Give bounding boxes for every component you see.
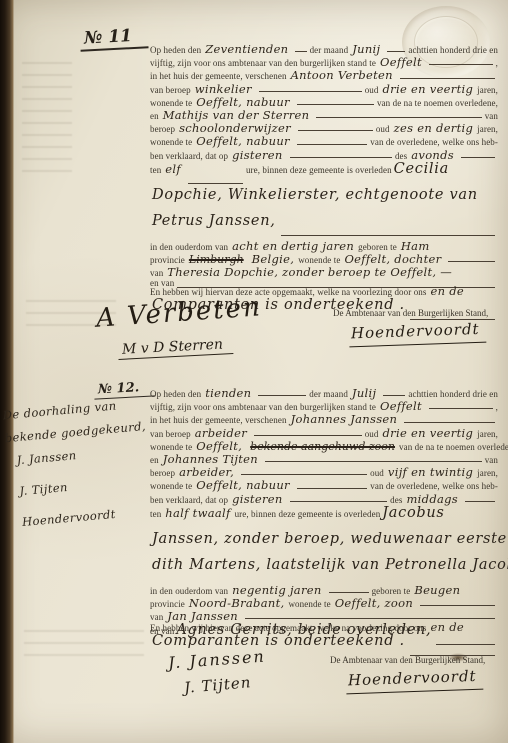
printed-text: jaren,	[477, 85, 498, 95]
printed-text: ure, binnen deze gemeente is overleden	[246, 165, 392, 175]
act1-body: Op heden denZeventiendender maandJunijac…	[150, 42, 498, 291]
form-line: Op heden denZeventiendender maandJunijac…	[150, 42, 498, 55]
handwritten-text: arbeider	[195, 426, 247, 440]
handwritten-text: Ham	[401, 239, 430, 253]
printed-text: geboren te	[358, 242, 397, 252]
printed-text: Op heden den	[150, 389, 201, 399]
printed-text: ben verklaard, dat op	[150, 495, 228, 505]
printed-text: van de overledene, welke ons heb-	[370, 481, 498, 491]
printed-text: ure, binnen deze gemeente is overleden	[235, 509, 381, 519]
fill-rule	[259, 91, 362, 92]
handwritten-text: Belgie,	[252, 252, 295, 266]
printed-text: in het huis der gemeente, verschenen	[150, 415, 287, 425]
printed-text: ten	[150, 509, 161, 519]
margin-note: J. Tijten	[19, 473, 150, 498]
printed-text: der maand	[309, 389, 348, 399]
handwritten-text: Petrus Janssen,	[152, 213, 276, 229]
form-line: enMathijs van der Sterrenvan	[150, 108, 498, 121]
handwritten-text: drie en veertig	[383, 426, 474, 440]
fill-rule	[265, 461, 482, 462]
handwritten-text: Jacobus	[382, 505, 444, 521]
printed-text: wonende te	[150, 481, 192, 491]
act2-signature-tijten: J. Tijten	[183, 673, 252, 697]
form-line: in den ouderdom vannegentig jarengeboren…	[150, 583, 498, 596]
handwritten-text: en de	[431, 284, 465, 298]
act1-signature-verbeten: A Verbeten	[95, 292, 263, 333]
fill-rule	[404, 422, 495, 423]
printed-text: provincie	[150, 599, 185, 609]
handwritten-text: acht en dertig jaren	[232, 239, 354, 253]
handwritten-text: half twaalf	[165, 506, 230, 520]
form-line: van beroeparbeiderouddrie en veertigjare…	[150, 426, 498, 439]
printed-text: vijftig, zijn voor ons ambtenaar van den…	[150, 58, 376, 68]
form-line: Dopchie, Winkelierster, echtgenoote van	[150, 187, 498, 213]
form-line: enJohannes Tijtenvan	[150, 452, 498, 465]
fill-rule	[254, 435, 362, 436]
printed-text: jaren,	[477, 124, 498, 134]
form-line: in het huis der gemeente, verschenenJoha…	[150, 412, 498, 425]
printed-text: oud	[365, 85, 379, 95]
handwritten-text: schoolonderwijzer	[179, 121, 291, 135]
printed-text: van beroep	[150, 85, 191, 95]
form-line: vanTheresia Dopchie, zonder beroep te Oe…	[150, 265, 498, 278]
handwritten-text: elf	[165, 162, 181, 176]
printed-text: ,	[496, 58, 498, 68]
form-line: in het huis der gemeente, verschenenAnto…	[150, 68, 498, 81]
printed-text: en	[150, 455, 159, 465]
handwritten-text: Julij	[352, 386, 376, 400]
form-line: En hebben wij hiervan deze acte opgemaak…	[150, 284, 498, 297]
form-line: beroepschoolonderwijzeroudzes en dertigj…	[150, 121, 498, 134]
fill-rule	[290, 501, 388, 502]
margin-note: bekende goedgekeurd,	[4, 419, 145, 445]
printed-text: wonende te	[150, 442, 192, 452]
fill-rule	[329, 592, 369, 593]
margin-note: J. Janssen	[16, 442, 147, 467]
handwritten-text: zes en dertig	[394, 121, 474, 135]
act1-signature-sterren: M v D Sterren	[118, 336, 234, 360]
handwritten-text: Noord-Brabant,	[189, 596, 285, 610]
fill-rule	[316, 117, 481, 118]
printed-text: beroep	[150, 468, 175, 478]
fill-rule	[387, 51, 405, 52]
handwritten-text: Oeffelt, nabuur	[196, 134, 290, 148]
handwritten-text: Limburgh	[189, 253, 244, 266]
form-line: En hebben wij hiervan deze acte opgemaak…	[150, 620, 498, 633]
fill-rule	[429, 408, 493, 409]
handwritten-text: Oeffelt	[380, 399, 422, 413]
margin-note: Hoendervoordt	[22, 504, 153, 529]
printed-text: vijftig, zijn voor ons ambtenaar van den…	[150, 402, 376, 412]
printed-text: der maand	[310, 45, 349, 55]
form-line: provincieNoord-Brabant,wonende teOeffelt…	[150, 596, 498, 609]
printed-text: achttien honderd drie en	[408, 45, 498, 55]
act1-number: № 11	[79, 25, 148, 52]
fill-rule	[420, 605, 495, 606]
handwritten-text: middags	[406, 492, 458, 506]
fill-rule	[258, 395, 306, 396]
printed-text: jaren,	[477, 429, 498, 439]
official-title: De Ambtenaar van den Burgerlijken Stand,	[333, 308, 498, 318]
handwritten-text: avonds	[411, 148, 454, 162]
handwritten-text: tienden	[205, 386, 251, 400]
registry-document-page: № 11 Op heden denZeventiendender maandJu…	[0, 0, 508, 743]
printed-text: wonende te	[288, 599, 330, 609]
printed-text: in den ouderdom van	[150, 242, 228, 252]
printed-text: provincie	[150, 255, 185, 265]
handwritten-text: Dopchie, Winkelierster, echtgenoote van	[152, 187, 478, 203]
bleed-through-smudge	[24, 630, 144, 656]
printed-text: oud	[365, 429, 379, 439]
form-line: beroeparbeider,oudvijf en twintigjaren,	[150, 465, 498, 478]
form-line: provincieLimburghBelgie,wonende teOeffel…	[150, 252, 498, 265]
form-line: vijftig, zijn voor ons ambtenaar van den…	[150, 399, 498, 412]
handwritten-text: Zeventienden	[205, 42, 288, 56]
printed-text: ten	[150, 165, 161, 175]
handwritten-text: arbeider,	[179, 465, 234, 479]
handwritten-text: en de	[431, 620, 465, 634]
printed-text: van	[485, 111, 498, 121]
margin-note: De doorhaling van	[2, 396, 143, 422]
form-line: in den ouderdom vanacht en dertig jareng…	[150, 239, 498, 252]
printed-text: achttien honderd drie en	[408, 389, 498, 399]
printed-text: geboren te	[372, 586, 411, 596]
handwritten-text: bekende aangehuwd zoon	[250, 440, 395, 453]
handwritten-text: Beugen	[414, 583, 460, 597]
printed-text: van de overledene, welke ons heb-	[370, 137, 498, 147]
printed-text: van de na te noemen overledene,	[399, 442, 508, 452]
handwritten-text: Mathijs van der Sterren	[163, 108, 310, 122]
handwritten-text: dith Martens, laatstelijk van Petronella…	[152, 557, 508, 573]
form-line: ben verklaard, dat opgisterendesmiddags	[150, 492, 498, 505]
handwritten-text: Antoon Verbeten	[291, 68, 393, 82]
bleed-through-smudge	[22, 62, 72, 172]
printed-text: oud	[376, 124, 390, 134]
printed-text: van	[485, 455, 498, 465]
fill-rule	[465, 501, 495, 502]
fill-rule	[383, 395, 405, 396]
printed-text: des	[395, 151, 407, 161]
handwritten-text: Oeffelt, dochter	[344, 252, 441, 266]
act2-body: Op heden dentiendender maandJulijachttie…	[150, 386, 498, 648]
handwritten-text: winkelier	[195, 82, 252, 96]
handwritten-text: Oeffelt, zoon	[335, 596, 413, 610]
form-line: Op heden dentiendender maandJulijachttie…	[150, 386, 498, 399]
printed-text: en	[150, 111, 159, 121]
act1-official-block: De Ambtenaar van den Burgerlijken Stand,…	[333, 308, 498, 345]
printed-text: van beroep	[150, 429, 191, 439]
printed-text: des	[390, 495, 402, 505]
official-title: De Ambtenaar van den Burgerlijken Stand,	[330, 655, 495, 665]
handwritten-text: Cecilia	[394, 161, 449, 177]
handwritten-text: gisteren	[232, 492, 282, 506]
binding-edge	[0, 0, 14, 743]
printed-text: wonende te	[150, 98, 192, 108]
form-line: Janssen, zonder beroep, weduwenaar eerst…	[150, 531, 498, 557]
handwritten-text: Oeffelt, nabuur	[196, 95, 290, 109]
fill-rule	[281, 235, 495, 236]
form-line: vijftig, zijn voor ons ambtenaar van den…	[150, 55, 498, 68]
fill-rule	[297, 104, 374, 105]
official-signature: Hoendervoordt	[346, 667, 483, 695]
fill-rule	[448, 261, 495, 262]
form-line: Petrus Janssen,	[150, 213, 498, 239]
handwritten-text: Johannes Tijten	[163, 452, 258, 466]
act2-number: № 12.	[94, 379, 156, 399]
fill-rule	[400, 78, 495, 79]
fill-rule	[188, 183, 243, 184]
form-line: tenelfure, binnen deze gemeente is overl…	[150, 161, 498, 187]
printed-text: En hebben wij hiervan deze acte opgemaak…	[150, 623, 427, 633]
form-line: dith Martens, laatstelijk van Petronella…	[150, 557, 498, 583]
printed-text: beroep	[150, 124, 175, 134]
fill-rule	[297, 144, 367, 145]
printed-text: wonende te	[298, 255, 340, 265]
act2-official-block: De Ambtenaar van den Burgerlijken Stand,…	[330, 655, 495, 692]
fill-rule	[290, 157, 392, 158]
form-line: van beroepwinkelierouddrie en veertigjar…	[150, 82, 498, 95]
printed-text: En hebben wij hiervan deze acte opgemaak…	[150, 287, 427, 297]
act2-margin-notes: De doorhaling vanbekende goedgekeurd,J. …	[2, 396, 154, 547]
handwritten-text: Oeffelt	[380, 55, 422, 69]
handwritten-text: Comparanten is onderteekend .	[152, 633, 405, 649]
handwritten-text: drie en veertig	[383, 82, 474, 96]
printed-text: ,	[496, 402, 498, 412]
printed-text: Op heden den	[150, 45, 201, 55]
printed-text: ben verklaard, dat op	[150, 151, 228, 161]
fill-rule	[298, 130, 373, 131]
handwritten-text: Theresia Dopchie, zonder beroep te Oeffe…	[167, 265, 452, 279]
handwritten-text: negentig jaren	[232, 583, 321, 597]
printed-text: wonende te	[150, 137, 192, 147]
official-signature: Hoendervoordt	[349, 320, 486, 348]
fill-rule	[461, 157, 495, 158]
printed-text: van	[150, 268, 163, 278]
handwritten-text: Oeffelt, nabuur	[196, 478, 290, 492]
handwritten-text: vijf en twintig	[388, 465, 473, 479]
printed-text: oud	[370, 468, 384, 478]
printed-text: in het huis der gemeente, verschenen	[150, 71, 287, 81]
form-line: ben verklaard, dat opgisterendesavonds	[150, 148, 498, 161]
printed-text: van de na te noemen overledene,	[377, 98, 498, 108]
handwritten-text: Oeffelt,	[196, 439, 242, 453]
fill-rule	[429, 64, 493, 65]
fill-rule	[295, 51, 306, 52]
printed-text: in den ouderdom van	[150, 586, 228, 596]
form-line: wonende teOeffelt, nabuurvan de overlede…	[150, 478, 498, 491]
handwritten-text: Janssen, zonder beroep, weduwenaar eerst…	[152, 531, 508, 547]
form-line: wonende teOeffelt, nabuurvan de na te no…	[150, 95, 498, 108]
fill-rule	[241, 474, 367, 475]
form-line: wonende teOeffelt, nabuurvan de overlede…	[150, 134, 498, 147]
form-line: wonende teOeffelt,bekende aangehuwd zoon…	[150, 439, 498, 452]
handwritten-text: gisteren	[232, 148, 282, 162]
fill-rule	[297, 488, 367, 489]
printed-text: jaren,	[477, 468, 498, 478]
handwritten-text: Junij	[352, 42, 380, 56]
handwritten-text: Johannes Janssen	[291, 412, 398, 426]
form-line: tenhalf twaalfure, binnen deze gemeente …	[150, 505, 498, 531]
